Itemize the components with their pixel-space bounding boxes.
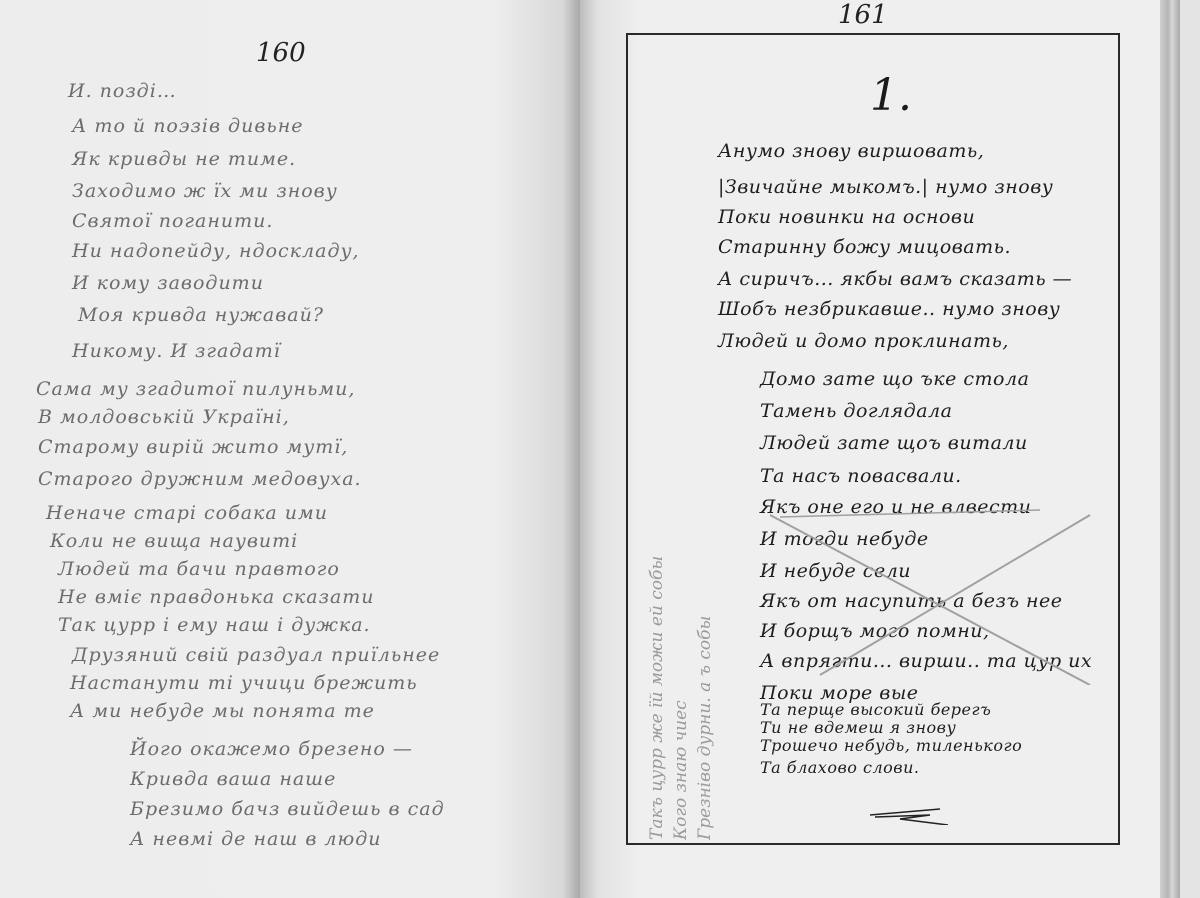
- page-number-left: 160: [256, 38, 306, 68]
- manuscript-line: Брезимо бачз вийдешь в сад: [130, 798, 445, 820]
- section-numeral: 1.: [870, 70, 912, 121]
- manuscript-line: Шобъ незбрикавше.. нумо знову: [718, 298, 1060, 320]
- manuscript-line: А ми небуде мы понята те: [70, 700, 375, 722]
- manuscript-line: Його окажемо брезено —: [130, 738, 413, 760]
- manuscript-line: Ти не вдемеш я знову: [760, 718, 956, 737]
- manuscript-line: Не вміє правдонька сказати: [58, 586, 375, 608]
- manuscript-line: Трошечо небудь, тиленького: [760, 736, 1022, 755]
- manuscript-line: Старинну божу мицовать.: [718, 236, 1011, 258]
- manuscript-line: Домо зате що ъке стола: [760, 368, 1029, 390]
- manuscript-line: Коли не вища наувиті: [50, 530, 298, 552]
- margin-note: Такъ цурр же їй можи ей собы Кого знаю ч…: [645, 556, 717, 840]
- manuscript-line: Кривда ваша наше: [130, 768, 336, 790]
- manuscript-line: А то й поэзів дивьне: [72, 115, 304, 137]
- manuscript-line: Так цурр і ему наш і дужка.: [58, 614, 371, 636]
- manuscript-line: И. позді…: [68, 80, 177, 102]
- manuscript-line: Поки новинки на основи: [718, 206, 975, 228]
- left-page: 160 И. позді…А то й поэзів дивьнеЯк крив…: [0, 0, 580, 898]
- manuscript-line: Старому вирій жито мутї,: [38, 436, 348, 458]
- manuscript-line: Сама му згадитої пилуньми,: [36, 378, 355, 400]
- manuscript-line: Тамень доглядала: [760, 400, 952, 422]
- book-edge: [1160, 0, 1180, 898]
- manuscript-line: Як кривды не тиме.: [72, 148, 296, 170]
- manuscript-line: |Звичайне мыкомъ.| нумо знову: [718, 176, 1053, 198]
- manuscript-line: Та перще высокий берегъ: [760, 700, 991, 719]
- manuscript-line: Анумо знову виршовать,: [718, 140, 984, 162]
- manuscript-line: Неначе старі собака ими: [46, 502, 328, 524]
- page-number-right: 161: [838, 0, 888, 30]
- manuscript-line: И кому заводити: [72, 272, 264, 294]
- manuscript-line: Заходимо ж їх ми знову: [72, 180, 338, 202]
- manuscript-line: Настанути ті учици брежить: [70, 672, 418, 694]
- manuscript-line: Друзяний свій раздуал приїльнее: [72, 644, 440, 666]
- manuscript-line: Та блахово слови.: [760, 758, 919, 777]
- manuscript-line: Моя кривда нужавай?: [78, 304, 324, 326]
- manuscript-line: А сиричъ... якбы вамъ сказать —: [718, 268, 1072, 290]
- manuscript-line: Ни надопейду, ндоскладу,: [72, 240, 360, 262]
- strike-through-cross: [760, 505, 1100, 685]
- manuscript-line: Людей та бачи правтого: [58, 558, 340, 580]
- manuscript-line: В молдовській Україні,: [38, 406, 290, 428]
- manuscript-line: Никому. И згадатї: [72, 340, 281, 362]
- manuscript-line: Людей и домо проклинать,: [718, 330, 1009, 352]
- manuscript-line: Святої поганити.: [72, 210, 273, 232]
- manuscript-line: Старого дружним медовуха.: [38, 468, 362, 490]
- manuscript-line: Людей зате щоъ витали: [760, 432, 1028, 454]
- end-flourish: [870, 805, 950, 825]
- manuscript-line: Та насъ повасвали.: [760, 465, 962, 487]
- manuscript-line: А невмі де наш в люди: [130, 828, 382, 850]
